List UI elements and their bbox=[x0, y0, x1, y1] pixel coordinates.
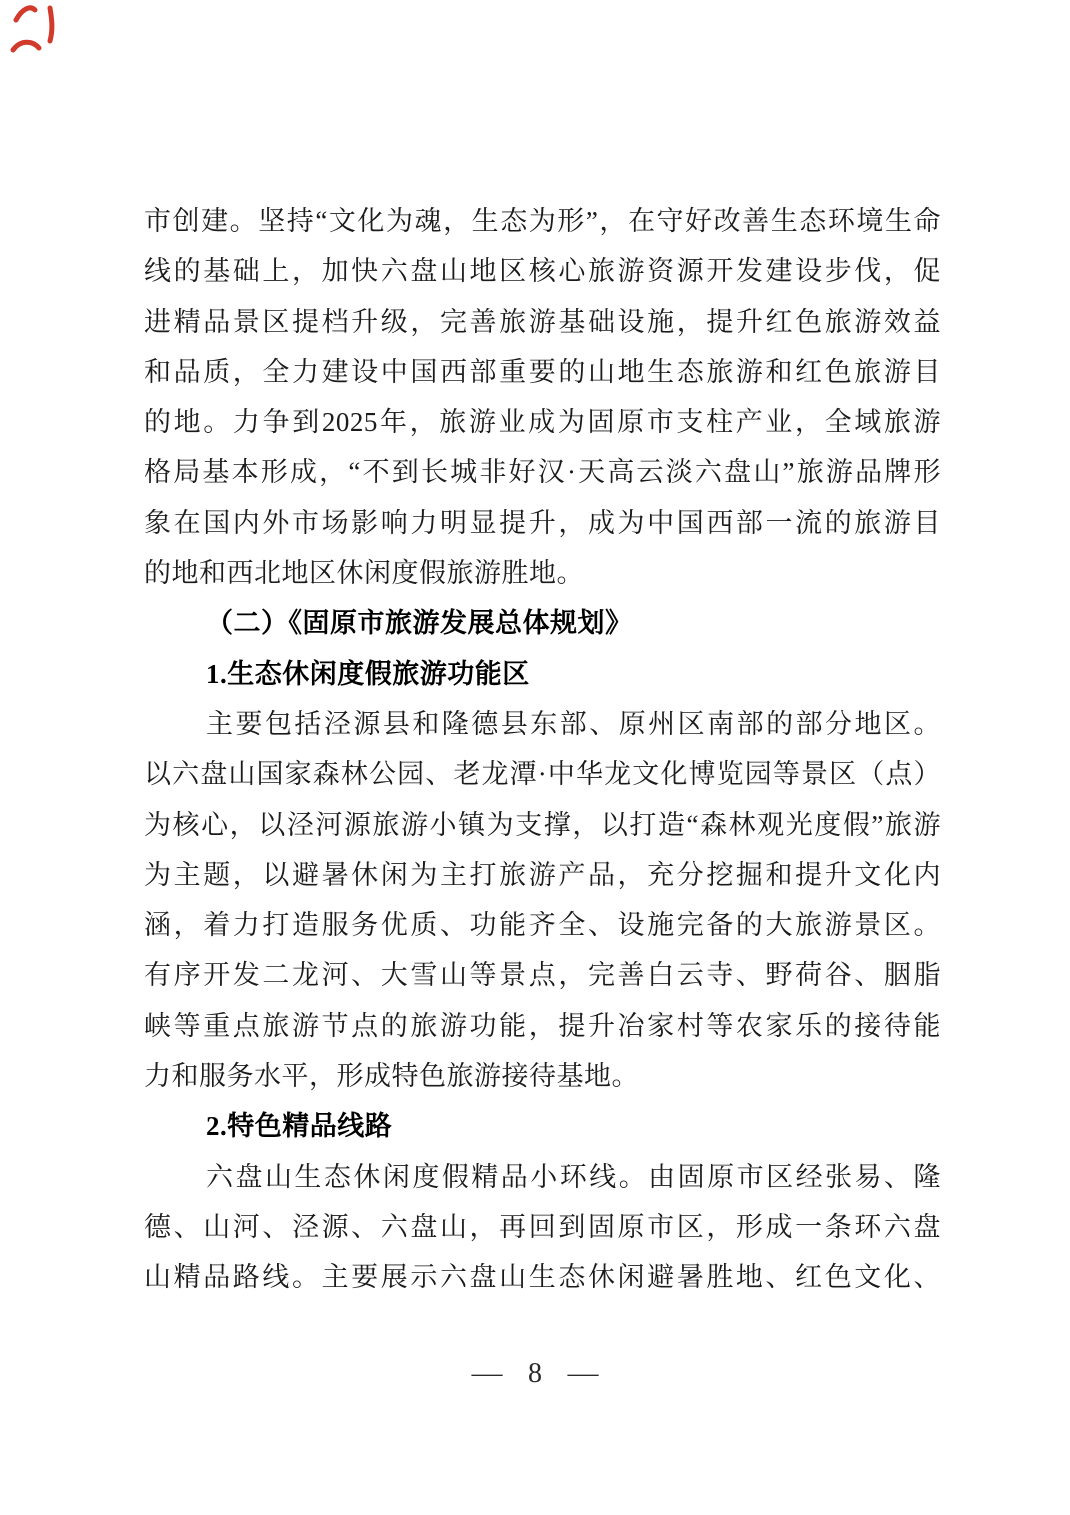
body-line: 进精品景区提档升级，完善旅游基础设施，提升红色旅游效益 bbox=[144, 297, 941, 347]
body-line: 线的基础上，加快六盘山地区核心旅游资源开发建设步伐，促 bbox=[144, 246, 941, 296]
page-number: 8 bbox=[528, 1358, 542, 1390]
document-page: 市创建。坚持“文化为魂，生态为形”，在守好改善生态环境生命 线的基础上，加快六盘… bbox=[0, 0, 1070, 1515]
body-line: 为核心，以泾河源旅游小镇为支撑，以打造“森林观光度假”旅游 bbox=[144, 800, 941, 850]
body-line: 力和服务水平，形成特色旅游接待基地。 bbox=[144, 1051, 941, 1101]
body-line: 六盘山生态休闲度假精品小环线。由固原市区经张易、隆 bbox=[144, 1152, 941, 1202]
body-line: 象在国内外市场影响力明显提升，成为中国西部一流的旅游目 bbox=[144, 498, 941, 548]
body-line: 市创建。坚持“文化为魂，生态为形”，在守好改善生态环境生命 bbox=[144, 196, 941, 246]
heading-functional-zone: 1.生态休闲度假旅游功能区 bbox=[144, 649, 941, 699]
body-line: 有序开发二龙河、大雪山等景点，完善白云寺、野荷谷、胭脂 bbox=[144, 950, 941, 1000]
body-line: 主要包括泾源县和隆德县东部、原州区南部的部分地区。 bbox=[144, 699, 941, 749]
document-body: 市创建。坚持“文化为魂，生态为形”，在守好改善生态环境生命 线的基础上，加快六盘… bbox=[144, 196, 941, 1303]
body-line: 涵，着力打造服务优质、功能齐全、设施完备的大旅游景区。 bbox=[144, 900, 941, 950]
body-line: 格局基本形成，“不到长城非好汉·天高云淡六盘山”旅游品牌形 bbox=[144, 447, 941, 497]
heading-featured-routes: 2.特色精品线路 bbox=[144, 1101, 941, 1151]
body-line: 峡等重点旅游节点的旅游功能，提升冶家村等农家乐的接待能 bbox=[144, 1001, 941, 1051]
heading-section-two: （二）《固原市旅游发展总体规划》 bbox=[144, 598, 941, 648]
body-line: 的地和西北地区休闲度假旅游胜地。 bbox=[144, 548, 941, 598]
body-line: 以六盘山国家森林公园、老龙潭·中华龙文化博览园等景区（点） bbox=[144, 749, 941, 799]
page-footer: — 8 — bbox=[0, 1358, 1070, 1390]
body-line: 德、山河、泾源、六盘山，再回到固原市区，形成一条环六盘 bbox=[144, 1202, 941, 1252]
red-stroke-3 bbox=[50, 8, 52, 41]
footer-dash-right: — bbox=[568, 1358, 599, 1390]
body-line: 的地。力争到2025年，旅游业成为固原市支柱产业，全域旅游 bbox=[144, 397, 941, 447]
red-stroke-2 bbox=[13, 42, 39, 50]
red-stroke-1 bbox=[16, 8, 35, 20]
footer-dash-left: — bbox=[472, 1358, 503, 1390]
red-pen-mark-icon bbox=[6, 0, 70, 64]
body-line: 为主题，以避暑休闲为主打旅游产品，充分挖掘和提升文化内 bbox=[144, 850, 941, 900]
body-line: 和品质，全力建设中国西部重要的山地生态旅游和红色旅游目 bbox=[144, 347, 941, 397]
body-line: 山精品路线。主要展示六盘山生态休闲避暑胜地、红色文化、 bbox=[144, 1252, 941, 1302]
